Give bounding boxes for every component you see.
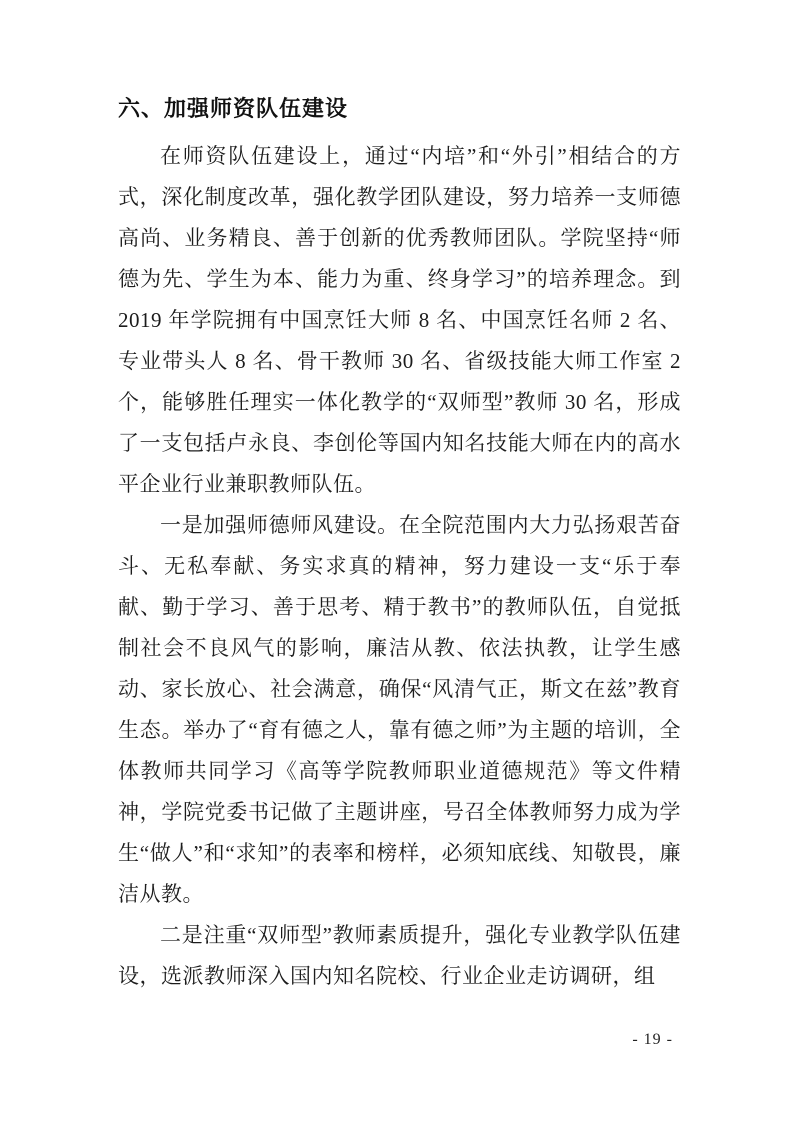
section-heading: 六、加强师资队伍建设 <box>118 88 681 129</box>
page-number: - 19 - <box>632 1031 673 1049</box>
paragraph-intro: 在师资队伍建设上，通过“内培”和“外引”相结合的方式，深化制度改革，强化教学团队… <box>118 136 681 505</box>
page-content: 六、加强师资队伍建设 在师资队伍建设上，通过“内培”和“外引”相结合的方式，深化… <box>118 88 681 997</box>
document-page: 六、加强师资队伍建设 在师资队伍建设上，通过“内培”和“外引”相结合的方式，深化… <box>0 0 793 1123</box>
paragraph-first-point: 一是加强师德师风建设。在全院范围内大力弘扬艰苦奋斗、无私奉献、务实求真的精神，努… <box>118 505 681 915</box>
paragraph-second-point: 二是注重“双师型”教师素质提升，强化专业教学队伍建设，选派教师深入国内知名院校、… <box>118 915 681 997</box>
